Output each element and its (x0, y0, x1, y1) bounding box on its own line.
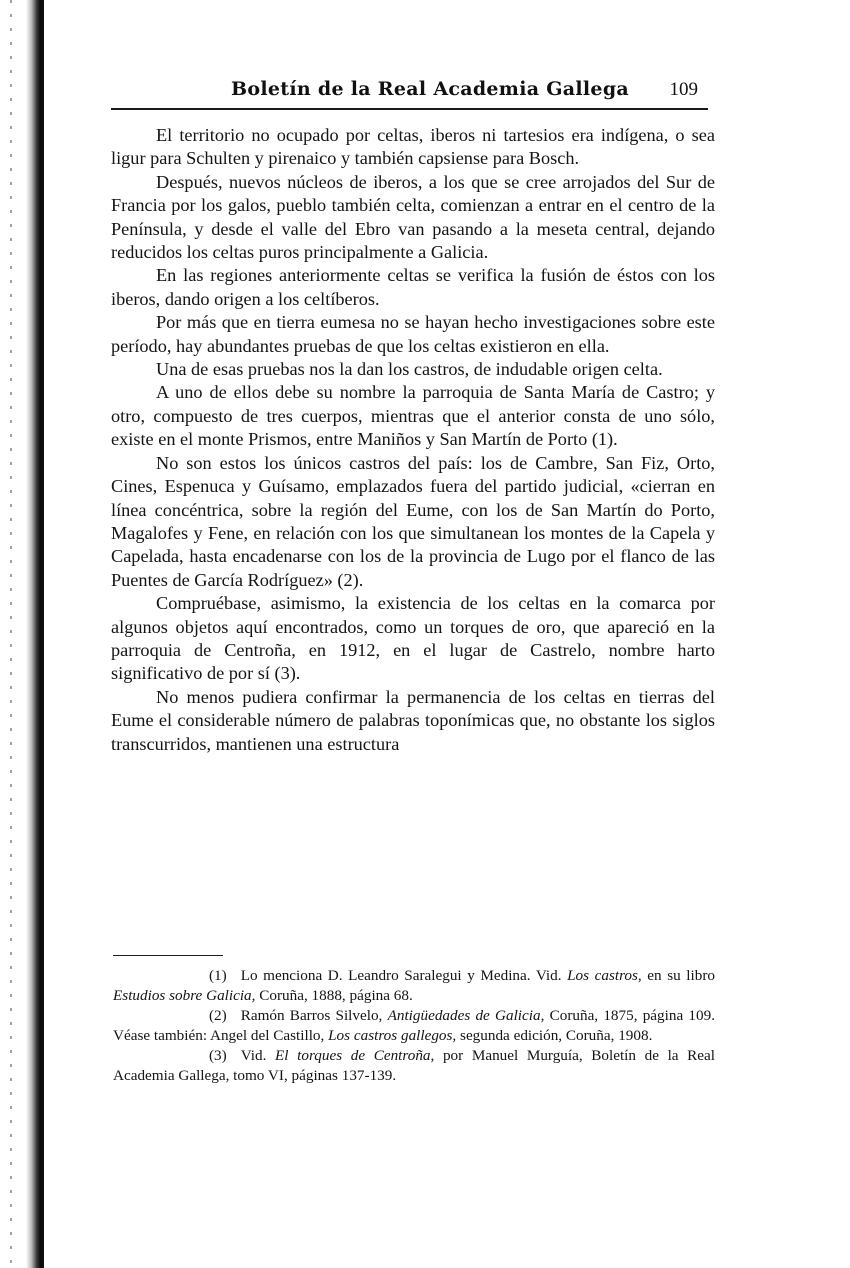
paragraph: En las regiones anteriormente celtas se … (111, 264, 715, 311)
footnote-text: en su libro (642, 967, 715, 984)
footnote-separator (113, 955, 223, 956)
paragraph: No son estos los únicos castros del país… (111, 452, 715, 592)
paragraph: No menos pudiera confirmar la permanenci… (111, 686, 715, 756)
footnote-text: se­gunda edición, Coruña, 1908. (456, 1027, 652, 1044)
footnote-mark: (1) (161, 966, 227, 986)
page-binding-shadow (26, 0, 44, 1268)
paragraph: Por más que en tierra eumesa no se hayan… (111, 311, 715, 358)
footnote-title: El torques de Centroña, (275, 1047, 434, 1064)
running-header: Boletín de la Real Academia Gallega 109 (111, 78, 708, 108)
footnote-title: Antigüedades de Galicia, (388, 1007, 545, 1024)
footnote-mark: (3) (161, 1046, 227, 1066)
footnote-title: Los cas­tros, (567, 967, 642, 984)
footnote-text: Lo menciona D. Leandro Saralegui y Medin… (241, 967, 567, 984)
footnote-text: Coruña, 1888, página 68. (255, 987, 412, 1004)
footnote-text: Ramón Barros Silvelo, (241, 1007, 388, 1024)
footnote-title: Los castros gallegos, (328, 1027, 456, 1044)
footnote: (3)Vid. El torques de Centroña, por Manu… (113, 1046, 715, 1085)
paragraph: El territorio no ocupado por celtas, ibe… (111, 124, 715, 171)
footnote-mark: (2) (161, 1006, 227, 1026)
body-text: El territorio no ocupado por celtas, ibe… (111, 124, 715, 756)
paragraph: Después, nuevos núcleos de iberos, a los… (111, 171, 715, 265)
paragraph: Compruébase, asimismo, la existencia de … (111, 592, 715, 686)
page-number: 109 (670, 79, 699, 101)
footnote-title: Estudios sobre Galicia, (113, 987, 255, 1004)
header-rule (111, 108, 708, 110)
paragraph: Una de esas pruebas nos la dan los castr… (111, 358, 715, 381)
footnote: (2)Ramón Barros Silvelo, Antigüedades de… (113, 1006, 715, 1045)
scan-noise (10, 0, 12, 1268)
paragraph: A uno de ellos debe su nombre la parroqu… (111, 381, 715, 451)
footnote: (1)Lo menciona D. Leandro Saralegui y Me… (113, 966, 715, 1005)
footnotes: (1)Lo menciona D. Leandro Saralegui y Me… (113, 966, 715, 1087)
running-title: Boletín de la Real Academia Gallega (231, 78, 629, 100)
footnote-text: Vid. (241, 1047, 275, 1064)
